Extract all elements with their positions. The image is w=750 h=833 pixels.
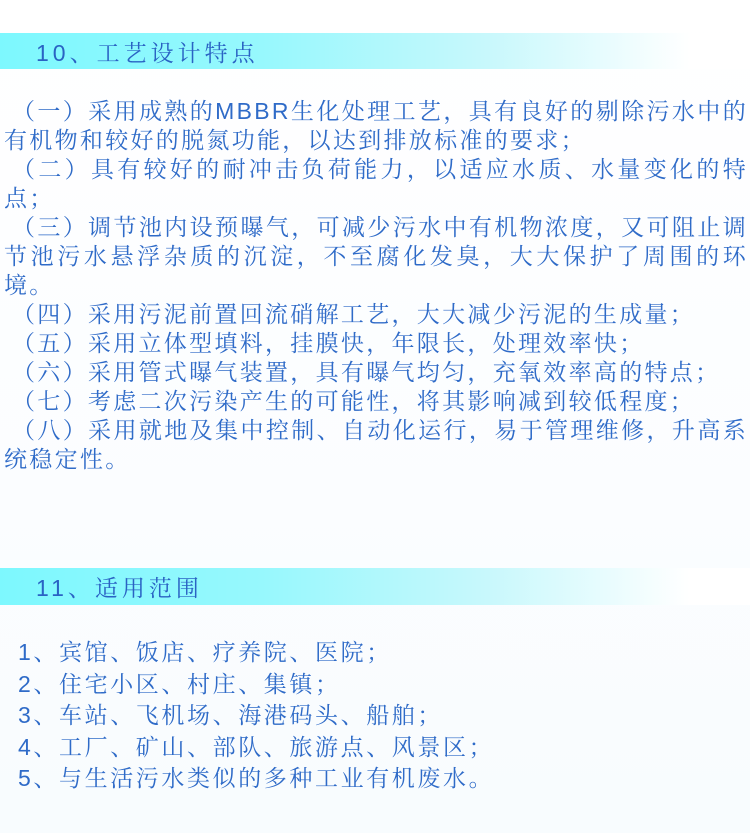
paragraph-5: （五）采用立体型填料，挂膜快，年限长，处理效率快； [4,329,748,358]
process-design-paragraphs: （一）采用成熟的MBBR生化处理工艺，具有良好的剔除污水中的有机物和较好的脱氮功… [4,97,748,474]
section-title-application-scope: 11、适用范围 [36,570,203,603]
paragraph-1: （一）采用成熟的MBBR生化处理工艺，具有良好的剔除污水中的有机物和较好的脱氮功… [4,97,748,155]
list-item-3: 3、车站、飞机场、海港码头、船舶； [18,700,746,732]
paragraph-8: （八）采用就地及集中控制、自动化运行，易于管理维修，升高系统稳定性。 [4,416,748,474]
application-scope-list: 1、宾馆、饭店、疗养院、医院； 2、住宅小区、村庄、集镇； 3、车站、飞机场、海… [18,637,746,795]
paragraph-2: （二）具有较好的耐冲击负荷能力，以适应水质、水量变化的特点； [4,155,748,213]
paragraph-4: （四）采用污泥前置回流硝解工艺，大大减少污泥的生成量； [4,300,748,329]
list-item-5: 5、与生活污水类似的多种工业有机废水。 [18,763,746,795]
paragraph-3: （三）调节池内设预曝气，可减少污水中有机物浓度，又可阻止调节池污水悬浮杂质的沉淀… [4,213,748,300]
list-item-2: 2、住宅小区、村庄、集镇； [18,669,746,701]
section-title-process-design: 10、工艺设计特点 [36,35,259,68]
paragraph-7: （七）考虑二次污染产生的可能性，将其影响减到较低程度； [4,387,748,416]
paragraph-6: （六）采用管式曝气装置，具有曝气均匀，充氧效率高的特点； [4,358,748,387]
section-header-application-scope: 11、适用范围 [0,568,750,605]
section-header-process-design: 10、工艺设计特点 [0,33,750,69]
list-item-1: 1、宾馆、饭店、疗养院、医院； [18,637,746,669]
document-page: 10、工艺设计特点 （一）采用成熟的MBBR生化处理工艺，具有良好的剔除污水中的… [0,0,750,833]
list-item-4: 4、工厂、矿山、部队、旅游点、风景区； [18,732,746,764]
